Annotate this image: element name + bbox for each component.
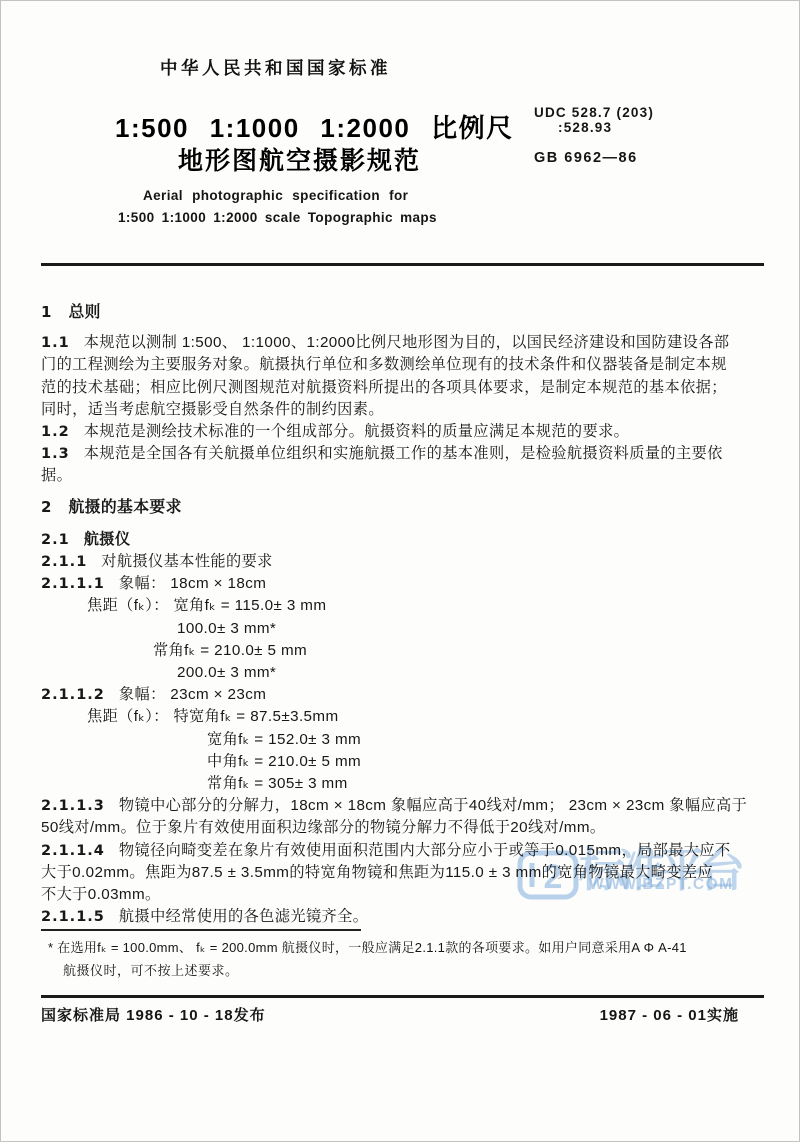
doc-text: 常角fₖ = 305± 3 mm (207, 775, 348, 792)
doc-text: 范的技术基础；相应比例尺测图规范对航摄资料所提出的各项具体要求，是制定本规范的基… (41, 379, 727, 396)
section-number: 2.1.1 (41, 554, 87, 570)
doc-text: 常角fₖ = 210.0± 5 mm (153, 642, 307, 659)
doc-text: 大于0.02mm。焦距为87.5 ± 3.5mm的特宽角物镜和焦距为115.0 … (41, 864, 713, 881)
doc-line: 宽角fₖ = 152.0± 3 mm (41, 729, 765, 751)
doc-line: 50线对/mm。位于象片有效使用面积边缘部分的物镜分解力不得低于20线对/mm。 (41, 817, 765, 839)
doc-text: 焦距（fₖ）： 特宽角fₖ = 87.5±3.5mm (87, 708, 339, 725)
doc-text: 门的工程测绘为主要服务对象。航摄执行单位和多数测绘单位现有的技术条件和仪器装备是… (41, 356, 727, 373)
doc-text: 中角fₖ = 210.0± 5 mm (207, 753, 361, 770)
section-number: 2.1.1.1 (41, 576, 105, 592)
section-number: 2.1.1.4 (41, 843, 105, 859)
doc-text: 不大于0.03mm。 (41, 886, 161, 903)
doc-text: 航摄的基本要求 (68, 499, 181, 516)
section-number: 2.1.1.3 (41, 798, 105, 814)
doc-text: 物镜中心部分的分解力，18cm × 18cm 象幅应高于40线对/mm； 23c… (119, 797, 747, 814)
document-page: 中华人民共和国国家标准 1:500 1:1000 1:2000 比例尺 地形图航… (0, 0, 800, 1142)
doc-text: 航摄仪 (84, 531, 131, 548)
doc-line: 100.0± 3 mm* (41, 618, 765, 640)
footnote-separator (41, 929, 361, 931)
doc-line: 大于0.02mm。焦距为87.5 ± 3.5mm的特宽角物镜和焦距为115.0 … (41, 862, 765, 884)
doc-line: 常角fₖ = 305± 3 mm (41, 773, 765, 795)
doc-line: 2.1.1.5航摄中经常使用的各色滤光镜齐全。 (41, 906, 765, 928)
section-number: 1.2 (41, 424, 70, 440)
doc-text: 50线对/mm。位于象片有效使用面积边缘部分的物镜分解力不得低于20线对/mm。 (41, 819, 605, 836)
doc-text: 象幅： 18cm × 18cm (119, 575, 266, 592)
doc-line: 2.1航摄仪 (41, 529, 765, 551)
english-title-line1: Aerial photographic specification for (143, 188, 408, 203)
doc-line: 2航摄的基本要求 (41, 496, 765, 519)
doc-line: 1.2本规范是测绘技术标准的一个组成部分。航摄资料的质量应满足本规范的要求。 (41, 421, 765, 443)
doc-line: 2.1.1对航摄仪基本性能的要求 (41, 551, 765, 573)
doc-text: 据。 (41, 467, 72, 484)
doc-text: 宽角fₖ = 152.0± 3 mm (207, 731, 361, 748)
doc-line: 同时，适当考虑航空摄影受自然条件的制约因素。 (41, 399, 765, 421)
standard-code: GB 6962—86 (534, 150, 638, 166)
section-number: 1.1 (41, 335, 70, 351)
doc-text: 同时，适当考虑航空摄影受自然条件的制约因素。 (41, 401, 384, 418)
doc-text: 本规范是测绘技术标准的一个组成部分。航摄资料的质量应满足本规范的要求。 (84, 423, 630, 440)
section-number: 1.3 (41, 446, 70, 462)
doc-line: 2.1.1.3物镜中心部分的分解力，18cm × 18cm 象幅应高于40线对/… (41, 795, 765, 817)
doc-line: 不大于0.03mm。 (41, 884, 765, 906)
section-number: 2.1.1.5 (41, 909, 105, 925)
footer-effective-date: 1987 - 06 - 01实施 (600, 1004, 739, 1025)
footer-rule (41, 995, 764, 998)
doc-line: 2.1.1.2象幅： 23cm × 23cm (41, 684, 765, 706)
section-number: 2.1.1.2 (41, 687, 105, 703)
doc-text: 总则 (68, 304, 100, 321)
section-number: 1 (41, 303, 52, 321)
doc-line: 门的工程测绘为主要服务对象。航摄执行单位和多数测绘单位现有的技术条件和仪器装备是… (41, 354, 765, 376)
section-number: 2.1 (41, 532, 70, 548)
doc-line: 焦距（fₖ）： 特宽角fₖ = 87.5±3.5mm (41, 706, 765, 728)
doc-line: 据。 (41, 465, 765, 487)
doc-line: 中角fₖ = 210.0± 5 mm (41, 751, 765, 773)
doc-text: 对航摄仪基本性能的要求 (101, 553, 272, 570)
section-number: 2 (41, 498, 52, 516)
doc-line: 2.1.1.4物镜径向畸变差在象片有效使用面积范围内大部分应小于或等于0.015… (41, 840, 765, 862)
doc-line: 常角fₖ = 210.0± 5 mm (41, 640, 765, 662)
doc-line: 焦距（fₖ）： 宽角fₖ = 115.0± 3 mm (41, 595, 765, 617)
doc-title-line2: 地形图航空摄影规范 (178, 141, 421, 177)
doc-line: 2.1.1.1象幅： 18cm × 18cm (41, 573, 765, 595)
doc-text: 本规范以测制 1:500、 1:1000、1:2000比例尺地形图为目的，以国民… (84, 334, 730, 351)
doc-text: 200.0± 3 mm* (177, 664, 276, 681)
doc-line: 200.0± 3 mm* (41, 662, 765, 684)
doc-text: 焦距（fₖ）： 宽角fₖ = 115.0± 3 mm (87, 597, 326, 614)
doc-line: 1总则 (41, 301, 765, 324)
english-title-line2: 1:500 1:1000 1:2000 scale Topographic ma… (118, 210, 437, 225)
national-standard-label: 中华人民共和国国家标准 (160, 55, 391, 80)
doc-text: 100.0± 3 mm* (177, 620, 276, 637)
doc-text: 本规范是全国各有关航摄单位组织和实施航摄工作的基本准则，是检验航摄资料质量的主要… (84, 445, 723, 462)
footnote-line1: * 在选用fₖ = 100.0mm、 fₖ = 200.0mm 航摄仪时，一般应… (48, 937, 687, 956)
udc-number-line2: :528.93 (558, 120, 612, 135)
header-rule (41, 263, 764, 266)
doc-content: 1总则1.1本规范以测制 1:500、 1:1000、1:2000比例尺地形图为… (41, 293, 765, 928)
doc-text: 航摄中经常使用的各色滤光镜齐全。 (119, 908, 368, 925)
footnote-line2: 航摄仪时，可不按上述要求。 (63, 960, 239, 979)
footer-issued-by: 国家标准局 1986 - 10 - 18发布 (41, 1004, 266, 1025)
udc-number-line1: UDC 528.7 (203) (534, 105, 654, 120)
doc-text: 物镜径向畸变差在象片有效使用面积范围内大部分应小于或等于0.015mm，局部最大… (119, 842, 731, 859)
doc-line: 范的技术基础；相应比例尺测图规范对航摄资料所提出的各项具体要求，是制定本规范的基… (41, 377, 765, 399)
doc-line: 1.1本规范以测制 1:500、 1:1000、1:2000比例尺地形图为目的，… (41, 332, 765, 354)
doc-line: 1.3本规范是全国各有关航摄单位组织和实施航摄工作的基本准则，是检验航摄资料质量… (41, 443, 765, 465)
doc-text: 象幅： 23cm × 23cm (119, 686, 266, 703)
doc-title-line1: 1:500 1:1000 1:2000 比例尺 (115, 108, 514, 145)
